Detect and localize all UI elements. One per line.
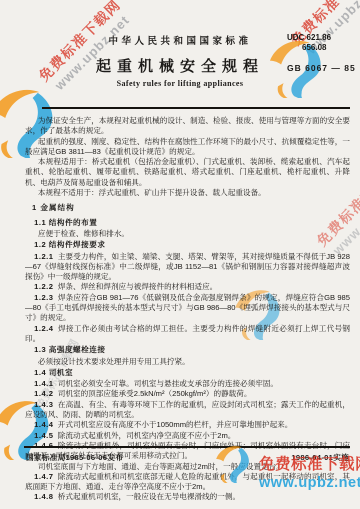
body-paragraph: 本规程适用于：桥式起重机（包括冶金起重机）、门式起重机、装卸桥、缆索起重机、汽车… xyxy=(25,157,350,188)
issued-by-date: 国家标准局1985-06-06发布 xyxy=(26,452,123,463)
body-paragraph: 1.4.3 在高温、有尘、有毒等环境下工作的起重机，应设封闭式司机室；露天工作的… xyxy=(25,400,350,421)
page-title-english: Safety rules for lifting appliances xyxy=(0,79,360,88)
body-paragraph: 1.4.2 司机室的顶部应能承受2.5kN/m²（250kgf/m²）的静载荷。 xyxy=(25,389,350,399)
section-heading: 1 金属结构 xyxy=(32,203,350,213)
body-paragraph: 1.2.4 焊接工作必须由考试合格的焊工担任。主要受力构件的焊缝附近必须打上焊工… xyxy=(25,324,350,345)
body-paragraph: 1.4.8 桥式起重机司机室，一般应设在无导电裸滑线的一侧。 xyxy=(25,492,350,502)
section-heading: 1.2 结构件焊接要求 xyxy=(25,240,350,250)
body-paragraph: 1.4.5 除流动式起重机外，司机室内净空高度不应小于2m。 xyxy=(25,431,350,441)
body-paragraph: 1.2.3 焊条应符合GB 981—76《低碳钢及低合金高强度钢焊条》的规定，焊… xyxy=(25,293,350,324)
implementation-date: 1986-04-01实施 xyxy=(291,452,349,463)
body-paragraph: 为保证安全生产，本规程对起重机械的设计、制造、检验、报废、使用与管理等方面的安全… xyxy=(25,116,350,137)
udc-line2: 656.08 xyxy=(287,43,331,53)
body-paragraph: 本规程不适用于：浮式起重机、矿山井下提升设备、载人起重设备。 xyxy=(25,188,350,198)
body-paragraph: 1.2.2 焊条、焊丝和焊剂应与被焊接件的材料相适应。 xyxy=(25,282,350,292)
document-body: 为保证安全生产，本规程对起重机械的设计、制造、检验、报废、使用与管理等方面的安全… xyxy=(25,116,350,503)
section-heading: 1.1 结构件的布置 xyxy=(25,218,350,228)
body-paragraph: 1.4.4 开式司机室应设有高度不小于1050mm的栏杆，并应可靠地围护起来。 xyxy=(25,420,350,430)
udc-code: UDC 621.86 656.08 xyxy=(287,33,331,53)
section-heading: 1.3 高强度螺栓连接 xyxy=(25,345,350,355)
body-paragraph: 1.4.1 司机室必须安全可靠。司机室与悬挂或支承部分的连接必须牢固。 xyxy=(25,379,350,389)
udc-line1: UDC 621.86 xyxy=(287,33,331,43)
body-paragraph: 1.4.7 除流动式起重机和司机室底部无碰人危险的起重机外，与起重机一起移动的司… xyxy=(25,472,350,493)
body-paragraph: 必须按设计技术要求处理并用专用工具拧紧。 xyxy=(25,357,350,367)
scanned-standard-page: 免费标准下载网 www.upbz.net 免费标准下载网 www.upbz.ne… xyxy=(0,0,360,509)
body-paragraph: 应便于检查、维修和排水。 xyxy=(25,229,350,239)
body-paragraph: 1.2.1 主要受力构件，如主梁、端梁、支腿、塔架、臂架等，其对接焊缝质量不得低… xyxy=(25,252,350,283)
body-paragraph: 司机室底面与下方地面、通道、走台等距离超过2m时，一般应设置走台。 xyxy=(25,462,350,472)
watermark-site-name: 免费标准下载网 xyxy=(13,0,147,107)
body-paragraph: 起重机的强度、刚度、稳定性、结构件在腐蚀性工作环境下的最小尺寸、抗倾覆稳定性等，… xyxy=(25,137,350,158)
section-heading: 1.4 司机室 xyxy=(25,368,350,378)
footer-divider xyxy=(24,446,350,448)
header-divider xyxy=(42,107,350,109)
standard-number: GB 6067 — 85 xyxy=(287,63,356,73)
